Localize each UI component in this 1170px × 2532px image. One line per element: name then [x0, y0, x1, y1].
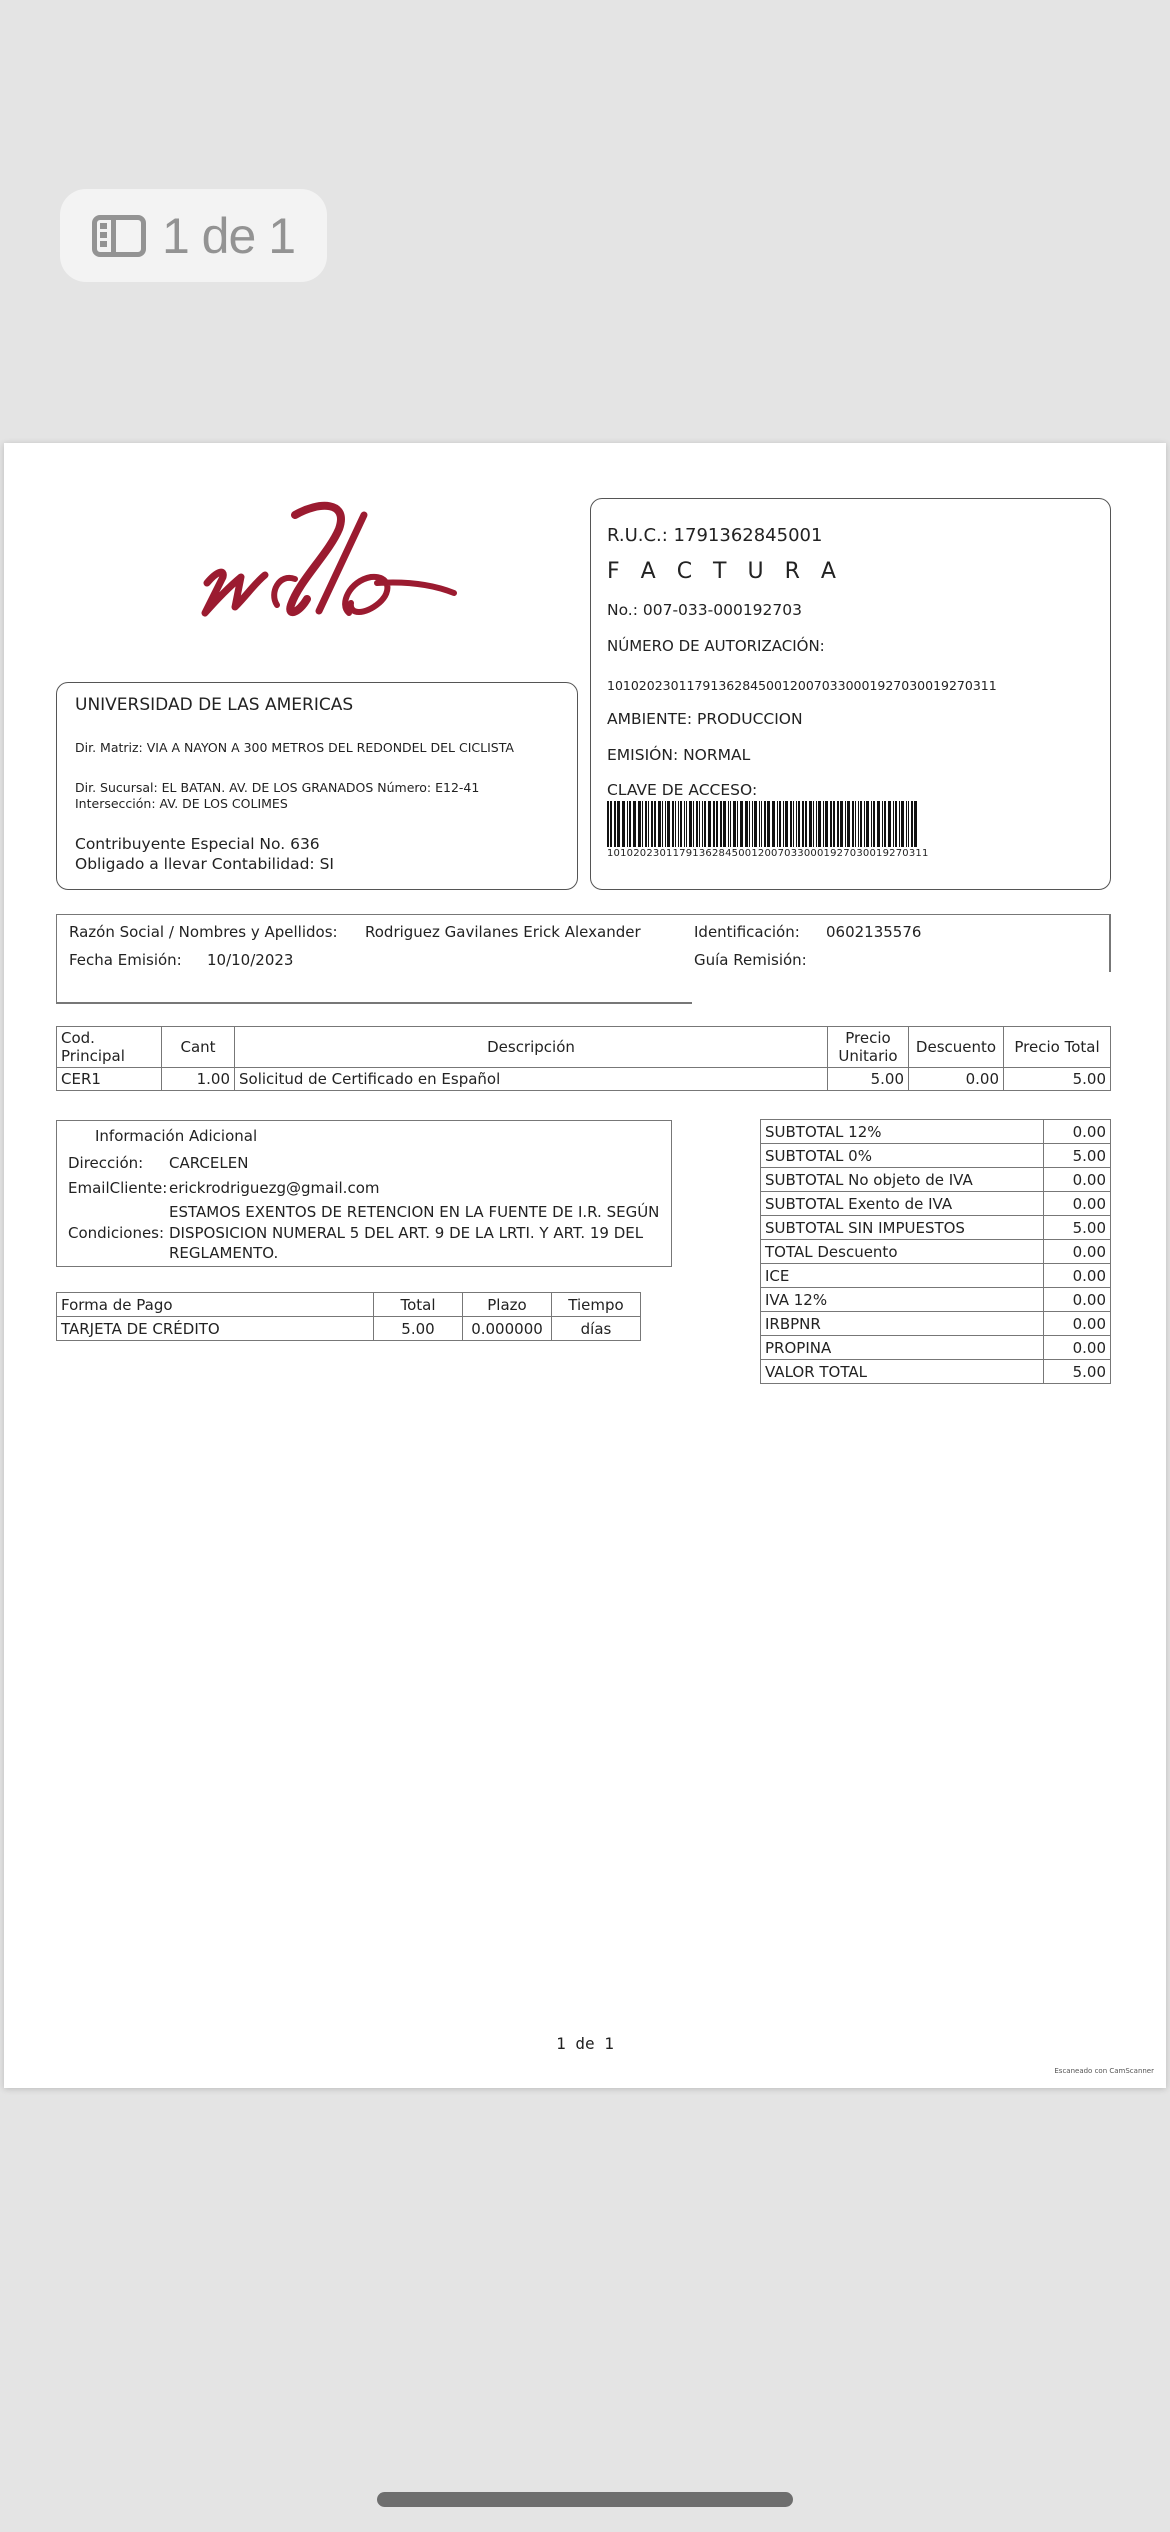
- barcode: [607, 801, 919, 847]
- cell-precio-total: 5.00: [1004, 1068, 1111, 1091]
- totals-label: SUBTOTAL SIN IMPUESTOS: [761, 1216, 1044, 1240]
- cell-cant: 1.00: [162, 1068, 235, 1091]
- totals-row: IVA 12%0.00: [761, 1288, 1111, 1312]
- condiciones-line-1: ESTAMOS EXENTOS DE RETENCION EN LA FUENT…: [169, 1203, 659, 1221]
- totals-value: 0.00: [1044, 1240, 1111, 1264]
- totals-row: ICE0.00: [761, 1264, 1111, 1288]
- pago-header-forma: Forma de Pago: [57, 1293, 374, 1317]
- page-indicator[interactable]: 1 de 1: [60, 189, 327, 282]
- emision: EMISIÓN: NORMAL: [607, 746, 750, 764]
- info-title: Información Adicional: [95, 1127, 257, 1145]
- page-indicator-text: 1 de 1: [162, 207, 295, 265]
- totals-label: TOTAL Descuento: [761, 1240, 1044, 1264]
- totals-row: PROPINA0.00: [761, 1336, 1111, 1360]
- customer-box: Razón Social / Nombres y Apellidos: Rodr…: [56, 914, 1111, 1004]
- totals-value: 0.00: [1044, 1336, 1111, 1360]
- totals-label: PROPINA: [761, 1336, 1044, 1360]
- items-table: Cod. Principal Cant Descripción Precio U…: [56, 1026, 1111, 1091]
- condiciones-label: Condiciones:: [68, 1224, 164, 1242]
- totals-value: 5.00: [1044, 1216, 1111, 1240]
- email-label: EmailCliente:: [68, 1179, 167, 1197]
- sidebar-thumbnails-icon: [92, 215, 146, 257]
- invoice-number: No.: 007-033-000192703: [607, 601, 802, 619]
- col-descuento: Descuento: [909, 1027, 1004, 1068]
- contabilidad: Obligado a llevar Contabilidad: SI: [75, 855, 334, 873]
- fecha-label: Fecha Emisión:: [69, 951, 182, 969]
- totals-label: SUBTOTAL Exento de IVA: [761, 1192, 1044, 1216]
- id-value: 0602135576: [826, 923, 921, 941]
- totals-label: IVA 12%: [761, 1288, 1044, 1312]
- totals-value: 0.00: [1044, 1120, 1111, 1144]
- totals-row: SUBTOTAL Exento de IVA0.00: [761, 1192, 1111, 1216]
- table-row: CER1 1.00 Solicitud de Certificado en Es…: [57, 1068, 1111, 1091]
- totals-row: SUBTOTAL SIN IMPUESTOS5.00: [761, 1216, 1111, 1240]
- totals-label: SUBTOTAL 12%: [761, 1120, 1044, 1144]
- auth-label: NÚMERO DE AUTORIZACIÓN:: [607, 637, 825, 655]
- totals-value: 0.00: [1044, 1264, 1111, 1288]
- clave-label: CLAVE DE ACCESO:: [607, 781, 757, 799]
- totals-row: SUBTOTAL 12%0.00: [761, 1120, 1111, 1144]
- dir-sucursal: Dir. Sucursal: EL BATAN. AV. DE LOS GRAN…: [75, 780, 479, 795]
- cell-cod: CER1: [57, 1068, 162, 1091]
- totals-value: 0.00: [1044, 1288, 1111, 1312]
- invoice-page: R.U.C.: 1791362845001 F A C T U R A No.:…: [4, 443, 1166, 2088]
- razon-label: Razón Social / Nombres y Apellidos:: [69, 923, 338, 941]
- contribuyente: Contribuyente Especial No. 636: [75, 835, 320, 853]
- totals-label: ICE: [761, 1264, 1044, 1288]
- home-indicator[interactable]: [377, 2492, 793, 2507]
- totals-value: 5.00: [1044, 1144, 1111, 1168]
- totals-label: SUBTOTAL No objeto de IVA: [761, 1168, 1044, 1192]
- totals-value: 5.00: [1044, 1360, 1111, 1384]
- condiciones-line-3: REGLAMENTO.: [169, 1244, 278, 1262]
- invoice-header-box: R.U.C.: 1791362845001 F A C T U R A No.:…: [590, 498, 1111, 890]
- direccion-value: CARCELEN: [169, 1154, 248, 1172]
- page-footer: 1 de 1: [4, 2034, 1166, 2053]
- cell-descuento: 0.00: [909, 1068, 1004, 1091]
- pago-forma: TARJETA DE CRÉDITO: [57, 1317, 374, 1341]
- totals-row: VALOR TOTAL5.00: [761, 1360, 1111, 1384]
- totals-label: IRBPNR: [761, 1312, 1044, 1336]
- pago-total: 5.00: [374, 1317, 463, 1341]
- fecha-value: 10/10/2023: [207, 951, 293, 969]
- ambiente: AMBIENTE: PRODUCCION: [607, 710, 803, 728]
- pago-header-total: Total: [374, 1293, 463, 1317]
- condiciones-line-2: DISPOSICION NUMERAL 5 DEL ART. 9 DE LA L…: [169, 1224, 643, 1242]
- totals-value: 0.00: [1044, 1192, 1111, 1216]
- cell-descripcion: Solicitud de Certificado en Español: [235, 1068, 828, 1091]
- table-row: TARJETA DE CRÉDITO 5.00 0.000000 días: [57, 1317, 641, 1341]
- udla-logo: [199, 501, 459, 621]
- scanner-note: Escaneado con CamScanner: [1054, 2067, 1154, 2075]
- totals-row: TOTAL Descuento0.00: [761, 1240, 1111, 1264]
- customer-box-right-border: [1109, 914, 1111, 972]
- info-adicional-box: Información Adicional Dirección: CARCELE…: [56, 1120, 672, 1267]
- totals-value: 0.00: [1044, 1312, 1111, 1336]
- col-precio-total: Precio Total: [1004, 1027, 1111, 1068]
- doc-type: F A C T U R A: [607, 559, 843, 584]
- pago-header-plazo: Plazo: [463, 1293, 552, 1317]
- cell-precio-unitario: 5.00: [828, 1068, 909, 1091]
- col-descripcion: Descripción: [235, 1027, 828, 1068]
- direccion-label: Dirección:: [68, 1154, 143, 1172]
- customer-box-bottom-border: [56, 1002, 692, 1004]
- email-value: erickrodriguezg@gmail.com: [169, 1179, 379, 1197]
- clave-number: 1010202301179136284500120070330001927030…: [607, 848, 929, 859]
- totals-row: IRBPNR0.00: [761, 1312, 1111, 1336]
- auth-number: 1010202301179136284500120070330001927030…: [607, 678, 997, 693]
- pago-tiempo: días: [552, 1317, 641, 1341]
- company-name: UNIVERSIDAD DE LAS AMERICAS: [75, 695, 353, 715]
- totals-row: SUBTOTAL No objeto de IVA0.00: [761, 1168, 1111, 1192]
- totals-value: 0.00: [1044, 1168, 1111, 1192]
- col-precio-unitario: Precio Unitario: [828, 1027, 909, 1068]
- pago-plazo: 0.000000: [463, 1317, 552, 1341]
- totals-label: VALOR TOTAL: [761, 1360, 1044, 1384]
- totals-table: SUBTOTAL 12%0.00SUBTOTAL 0%5.00SUBTOTAL …: [760, 1119, 1111, 1384]
- forma-pago-table: Forma de Pago Total Plazo Tiempo TARJETA…: [56, 1292, 641, 1341]
- col-cant: Cant: [162, 1027, 235, 1068]
- guia-label: Guía Remisión:: [694, 951, 807, 969]
- pago-header-tiempo: Tiempo: [552, 1293, 641, 1317]
- col-cod: Cod. Principal: [57, 1027, 162, 1068]
- interseccion: Intersección: AV. DE LOS COLIMES: [75, 796, 288, 811]
- totals-row: SUBTOTAL 0%5.00: [761, 1144, 1111, 1168]
- totals-label: SUBTOTAL 0%: [761, 1144, 1044, 1168]
- razon-value: Rodriguez Gavilanes Erick Alexander: [365, 923, 641, 941]
- dir-matriz: Dir. Matriz: VIA A NAYON A 300 METROS DE…: [75, 740, 514, 755]
- company-box: UNIVERSIDAD DE LAS AMERICAS Dir. Matriz:…: [56, 682, 578, 890]
- id-label: Identificación:: [694, 923, 800, 941]
- ruc: R.U.C.: 1791362845001: [607, 525, 822, 546]
